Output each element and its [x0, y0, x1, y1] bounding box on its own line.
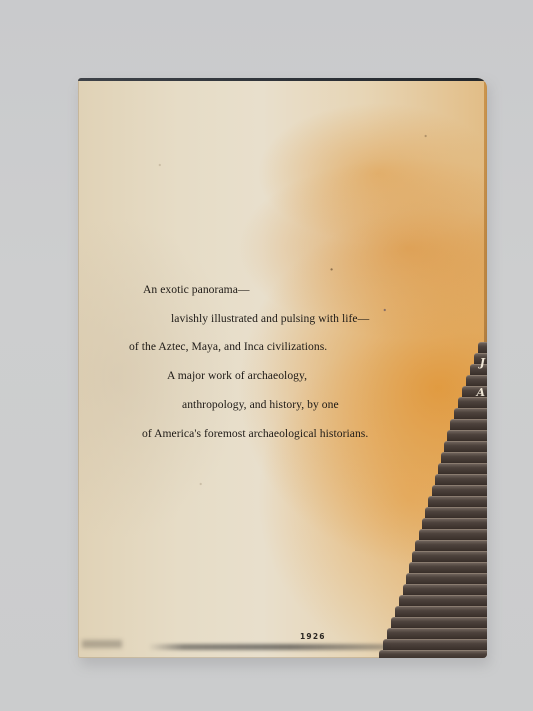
book-top-edge [78, 78, 487, 81]
photo-scene: An exotic panorama— lavishly illustrated… [0, 0, 533, 711]
blurb-line-1: An exotic panorama— [143, 283, 250, 296]
blurb-line-3: of the Aztec, Maya, and Inca civilizatio… [129, 340, 327, 353]
blurb-line-6: of America's foremost archaeological his… [142, 427, 368, 440]
book-back-cover: An exotic panorama— lavishly illustrated… [78, 78, 487, 658]
blurb-line-5: anthropology, and history, by one [182, 398, 339, 411]
step [379, 650, 487, 658]
blurb-line-2: lavishly illustrated and pulsing with li… [171, 312, 369, 325]
bottom-edge-wear [148, 644, 387, 650]
step-letter-j: J [480, 356, 485, 369]
catalog-number: 1926 [300, 632, 326, 641]
pyramid-staircase-illustration: J A [377, 342, 487, 658]
step-letter-a: A [476, 386, 485, 399]
bottom-left-wear [82, 640, 122, 648]
blurb-line-4: A major work of archaeology, [167, 369, 307, 382]
